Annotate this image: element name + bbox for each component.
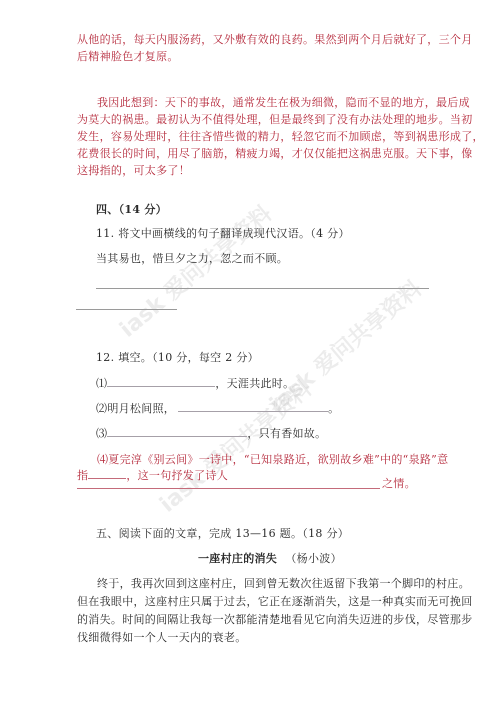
question-prompt: 11. 将文中画横线的句子翻译成现代汉语。（4 分） xyxy=(96,226,448,241)
section-heading: 五、阅读下面的文章，完成 13—16 题。（18 分） xyxy=(96,526,448,541)
item-number: ⑴ xyxy=(96,377,107,390)
item-number: ⑵ xyxy=(96,402,107,415)
item-number: ⑶ xyxy=(96,427,107,440)
fill-item-4-line1: ⑷夏完淳《别云间》一诗中，“已知泉路近，欲别故乡难”中的“泉路”意 xyxy=(77,452,429,467)
fill-item-4-end: 之情。 xyxy=(382,476,432,491)
article-line: 伐细微得如一个人一天内的衰老。 xyxy=(77,630,429,645)
question-prompt: 12. 填空。（10 分，每空 2 分） xyxy=(96,350,448,365)
passage-line: 花费很长的时间，用尽了脑筋，精疲力竭，才仅仅能把这祸患克服。天下事，像 xyxy=(77,146,429,161)
item-after: ，只有香如故。 xyxy=(247,427,326,440)
item-after: 。 xyxy=(328,402,339,415)
article-line: 但在我眼中，这座村庄只属于过去，它正在逐渐消失，这是一种真实而无可挽回 xyxy=(77,594,429,609)
answer-line[interactable] xyxy=(96,288,429,289)
answer-line[interactable] xyxy=(76,309,177,310)
passage-line: 发生，容易处理时，往往吝惜些微的精力，轻忽它而不加顾虑，等到祸患形成了， xyxy=(77,129,429,144)
answer-line[interactable] xyxy=(77,488,380,489)
passage-line: 后精神脸色才复原。 xyxy=(77,49,429,64)
section-heading: 四、（14 分） xyxy=(96,202,448,217)
watermark-logo: iask 爱问共享资料 xyxy=(262,273,427,419)
fill-blank[interactable] xyxy=(107,426,247,437)
fill-blank[interactable] xyxy=(107,376,215,387)
fill-item-3: ⑶，只有香如故。 xyxy=(96,426,448,441)
fill-item-2: ⑵明月松间照，。 xyxy=(96,401,448,416)
article-line: 终于，我再次回到这座村庄，回到曾无数次往返留下我第一个脚印的村庄。 xyxy=(77,576,429,591)
watermark-logo: iask 爱问共享资料 xyxy=(112,198,277,344)
question-sentence: 当其易也，惜旦夕之力，忽之而不顾。 xyxy=(96,251,448,266)
watermark-logo: iask 爱问共享资料 xyxy=(152,373,317,519)
item-before: 明月松间照， xyxy=(107,402,175,415)
item-after: ，天涯共此时。 xyxy=(215,377,294,390)
fill-blank[interactable] xyxy=(88,468,126,479)
fill-item-4-line2: 指，这一句抒发了诗人 xyxy=(77,468,429,483)
article-line: 的消失。时间的间隔让我每一次都能清楚地看见它向消失迈进的步伐，尽管那步 xyxy=(77,612,429,627)
fill-blank[interactable] xyxy=(178,401,328,412)
passage-line: 为莫大的祸患。最初认为不值得处理，但是最终到了没有办法处理的地步。当初 xyxy=(77,112,429,127)
passage-line: 我因此想到：天下的事故，通常发生在极为细微，隐而不显的地方，最后成 xyxy=(77,95,429,110)
article-title: 一座村庄的消失 （杨小波） xyxy=(198,551,398,566)
passage-line: 从他的话，每天内服汤药，又外敷有效的良药。果然到两个月后就好了，三个月 xyxy=(77,32,429,47)
passage-line: 这拇指的，可太多了！ xyxy=(77,163,429,178)
fill-item-1: ⑴，天涯共此时。 xyxy=(96,376,448,391)
